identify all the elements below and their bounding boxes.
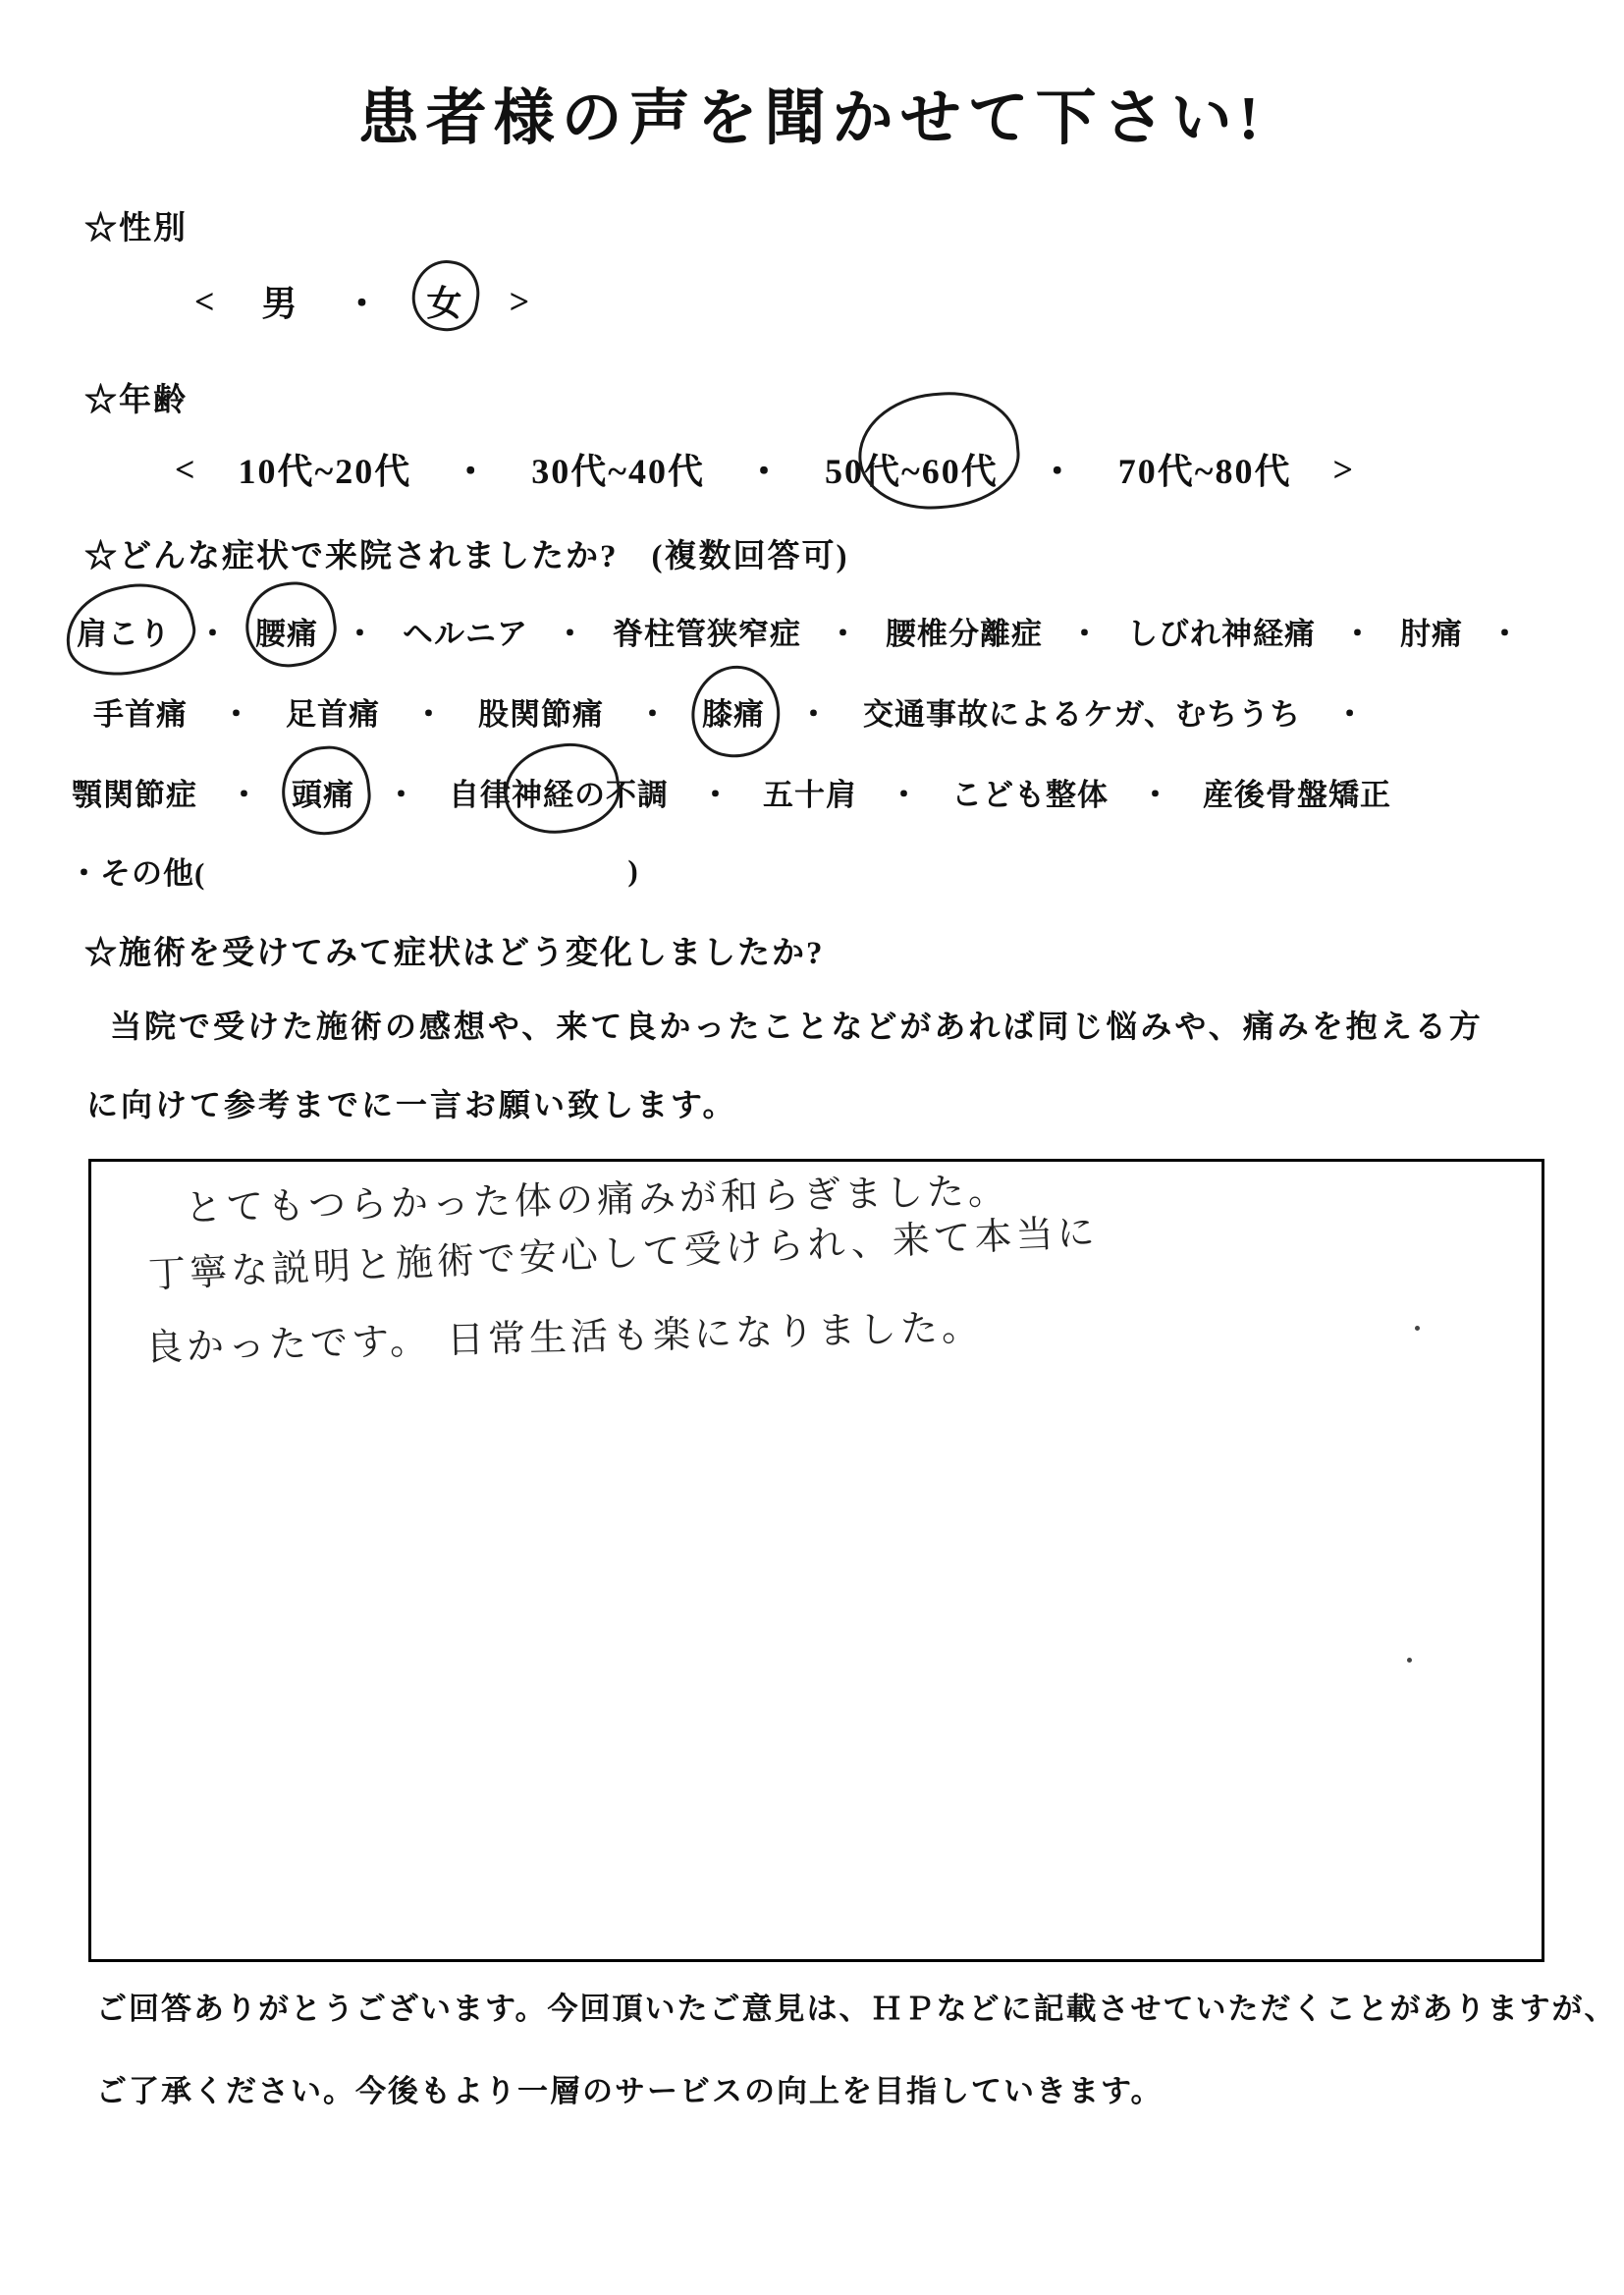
separator-dot: ・ <box>889 770 920 814</box>
separator-dot: ・ <box>345 276 382 326</box>
symptom-sango-kotsuban[interactable]: 産後骨盤矯正 <box>1203 770 1391 814</box>
age-option-70-80[interactable]: 70代~80代 <box>1118 444 1292 494</box>
gender-section-label: ☆性別 <box>84 202 188 248</box>
symptom-row-1: 肩こり ・ 腰痛 ・ ヘルニア ・ 脊柱管狭窄症 ・ 腰椎分離症 ・ しびれ神経… <box>77 609 1521 653</box>
symptom-ashikubi[interactable]: 足首痛 <box>286 689 380 734</box>
symptom-gojukata[interactable]: 五十肩 <box>763 770 857 814</box>
symptom-jiritsushinkei[interactable]: 自律神経の不調 <box>449 770 669 814</box>
symptom-hijitsu[interactable]: 肘痛 <box>1400 609 1463 653</box>
symptom-hizatsu[interactable]: 膝痛 <box>702 689 765 734</box>
symptoms-question: ☆どんな症状で来院されましたか? <box>84 530 619 576</box>
separator-dot: ・ <box>453 444 490 494</box>
symptoms-question-row: ☆どんな症状で来院されましたか? (複数回答可) <box>84 530 848 576</box>
separator-dot: ・ <box>221 689 252 734</box>
symptom-hernia[interactable]: ヘルニア <box>403 609 528 653</box>
symptom-youtsu[interactable]: 腰痛 <box>255 609 318 653</box>
symptom-yotsui-bunri[interactable]: 腰椎分離症 <box>886 609 1043 653</box>
symptom-tekubi[interactable]: 手首痛 <box>93 689 188 734</box>
gender-option-male[interactable]: 男 <box>262 276 299 326</box>
symptom-kokansetsu[interactable]: 股関節痛 <box>478 689 604 734</box>
age-option-50-60[interactable]: 50代~60代 <box>825 444 999 494</box>
comment-writein-box[interactable]: とてもつらかった体の痛みが和らぎました。 丁寧な説明と施術で安心して受けられ、来… <box>88 1159 1544 1962</box>
separator-dot: ・ <box>197 609 229 653</box>
patient-feedback-form: 患者様の声を聞かせて下さい! ☆性別 < 男 ・ 女 > ☆年齢 < 10代~2… <box>0 0 1624 2295</box>
symptom-zutsu[interactable]: 頭痛 <box>292 770 354 814</box>
symptom-row-2: 手首痛 ・ 足首痛 ・ 股関節痛 ・ 膝痛 ・ 交通事故によるケガ、むちうち ・ <box>93 689 1366 734</box>
separator-dot: ・ <box>1069 609 1101 653</box>
symptom-other-label: ・その他( <box>69 848 205 893</box>
prompt-line-2: に向けて参考までに一言お願い致します。 <box>86 1080 736 1125</box>
symptom-gakukansetsu[interactable]: 顎関節症 <box>72 770 197 814</box>
separator-dot: ・ <box>413 689 445 734</box>
gender-choice-row: < 男 ・ 女 > <box>194 276 531 326</box>
separator-dot: ・ <box>345 609 376 653</box>
age-section-label: ☆年齢 <box>84 374 188 420</box>
age-option-30-40[interactable]: 30代~40代 <box>531 444 705 494</box>
symptom-sekichukan[interactable]: 脊柱管狭窄症 <box>613 609 801 653</box>
symptom-katakori[interactable]: 肩こり <box>77 609 171 653</box>
bracket-open: < <box>175 449 197 490</box>
separator-dot: ・ <box>1342 609 1374 653</box>
prompt-line-1: 当院で受けた施術の感想や、来て良かったことなどがあれば同じ悩みや、痛みを抱える方 <box>110 1002 1484 1047</box>
separator-dot: ・ <box>798 689 830 734</box>
bracket-open: < <box>194 281 217 322</box>
treatment-question: ☆施術を受けてみて症状はどう変化しましたか? <box>84 927 825 973</box>
symptom-row-3: 顎関節症 ・ 頭痛 ・ 自律神経の不調 ・ 五十肩 ・ こども整体 ・ 産後骨盤… <box>72 770 1391 814</box>
separator-dot: ・ <box>700 770 731 814</box>
footer-line-2: ご了承ください。今後もより一層のサービスの向上を目指していきます。 <box>96 2066 1164 2110</box>
symptom-kodomo-seitai[interactable]: こども整体 <box>951 770 1109 814</box>
symptom-kotsujiko[interactable]: 交通事故によるケガ、むちうち <box>863 689 1301 734</box>
separator-dot: ・ <box>828 609 859 653</box>
separator-dot: ・ <box>1040 444 1077 494</box>
symptom-shibire[interactable]: しびれ神経痛 <box>1127 609 1316 653</box>
handwritten-comment-line-3: 良かったです。 日常生活も楽になりました。 <box>144 1296 983 1371</box>
page-title: 患者様の声を聞かせて下さい! <box>0 69 1624 156</box>
bracket-close: > <box>510 281 532 322</box>
handwritten-circle-mark <box>853 386 1024 516</box>
age-choice-row: < 10代~20代 ・ 30代~40代 ・ 50代~60代 ・ 70代~80代 … <box>175 444 1355 494</box>
symptom-row-other: ・その他( ) <box>69 848 639 893</box>
bracket-close: > <box>1333 449 1356 490</box>
scan-speck <box>1407 1658 1412 1663</box>
separator-dot: ・ <box>1140 770 1171 814</box>
age-option-10-20[interactable]: 10代~20代 <box>239 444 412 494</box>
symptoms-note: (複数回答可) <box>652 530 849 576</box>
separator-dot: ・ <box>1334 689 1366 734</box>
separator-dot: ・ <box>386 770 417 814</box>
symptom-other-close: ) <box>627 853 638 889</box>
scan-speck <box>1415 1326 1420 1331</box>
separator-dot: ・ <box>229 770 260 814</box>
separator-dot: ・ <box>1489 609 1521 653</box>
separator-dot: ・ <box>746 444 784 494</box>
separator-dot: ・ <box>555 609 586 653</box>
gender-option-female[interactable]: 女 <box>427 276 464 326</box>
separator-dot: ・ <box>637 689 669 734</box>
footer-line-1: ご回答ありがとうございます。今回頂いたご意見は、ＨＰなどに記載させていただくこと… <box>96 1984 1617 2028</box>
